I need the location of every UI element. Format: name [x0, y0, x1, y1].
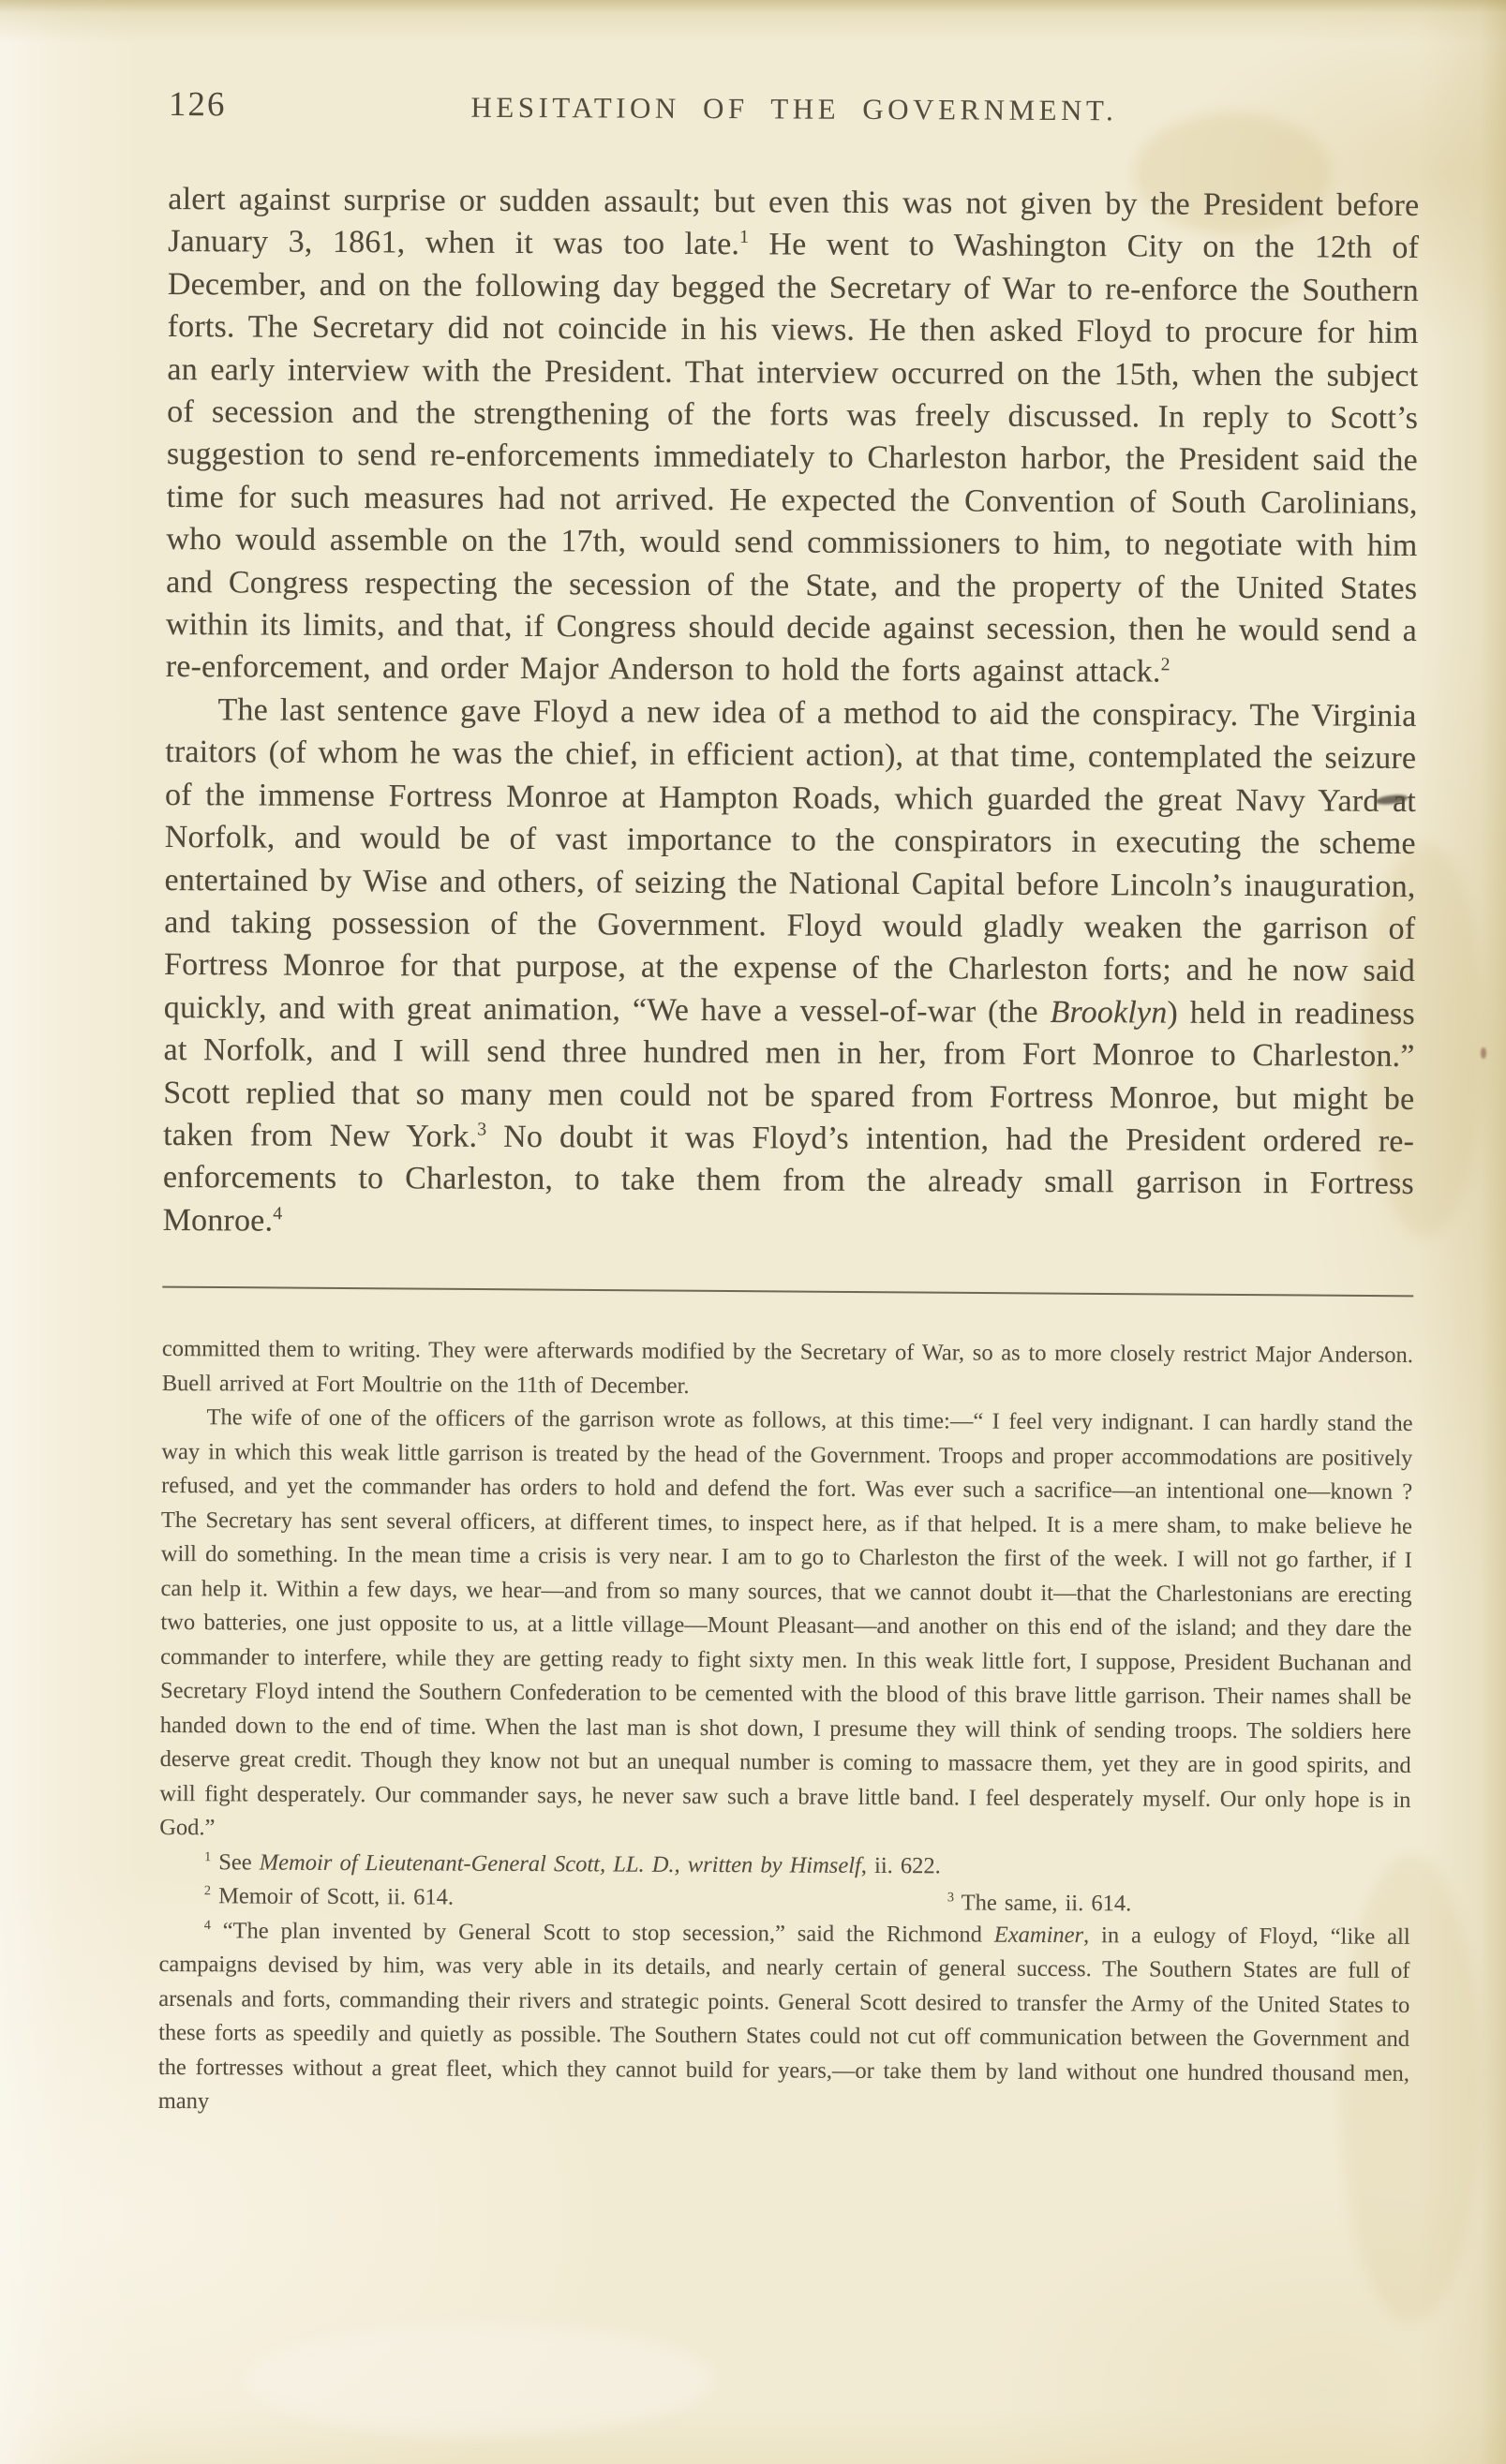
body-text: alert against surprise or sudden assault…: [163, 178, 1420, 1248]
footnotes-section: committed them to writing. They were aft…: [158, 1332, 1413, 2125]
footnote-3: 3 The same, ii. 614.: [947, 1887, 1132, 1922]
footnote-continuation: committed them to writing. They were aft…: [162, 1332, 1413, 1407]
margin-speck: [1481, 1047, 1486, 1059]
paragraph-continued: alert against surprise or sudden assault…: [166, 178, 1420, 695]
footnote-letter-quote: The wife of one of the officers of the g…: [159, 1401, 1412, 1851]
paragraph: The last sentence gave Floyd a new idea …: [163, 689, 1417, 1248]
page-content: 126 HESITATION OF THE GOVERNMENT. alert …: [158, 84, 1420, 2126]
page-header: 126 HESITATION OF THE GOVERNMENT.: [169, 84, 1420, 131]
footnote-4: 4 “The plan invented by General Scott to…: [158, 1914, 1410, 2126]
scanned-book-page: { "colors":{ "paper":"#f2ebd4", "paper-e…: [0, 0, 1506, 2464]
header-spacer: [1298, 121, 1420, 122]
page-number: 126: [169, 84, 291, 126]
footnote-rule: [162, 1286, 1413, 1298]
paper-stain: [244, 2323, 712, 2436]
footnote-2-3-row: 2 Memoir of Scott, ii. 614. 3 The same, …: [159, 1879, 1410, 1920]
footnote-2: 2 Memoir of Scott, ii. 614.: [159, 1879, 454, 1915]
running-head: HESITATION OF THE GOVERNMENT.: [291, 90, 1298, 129]
